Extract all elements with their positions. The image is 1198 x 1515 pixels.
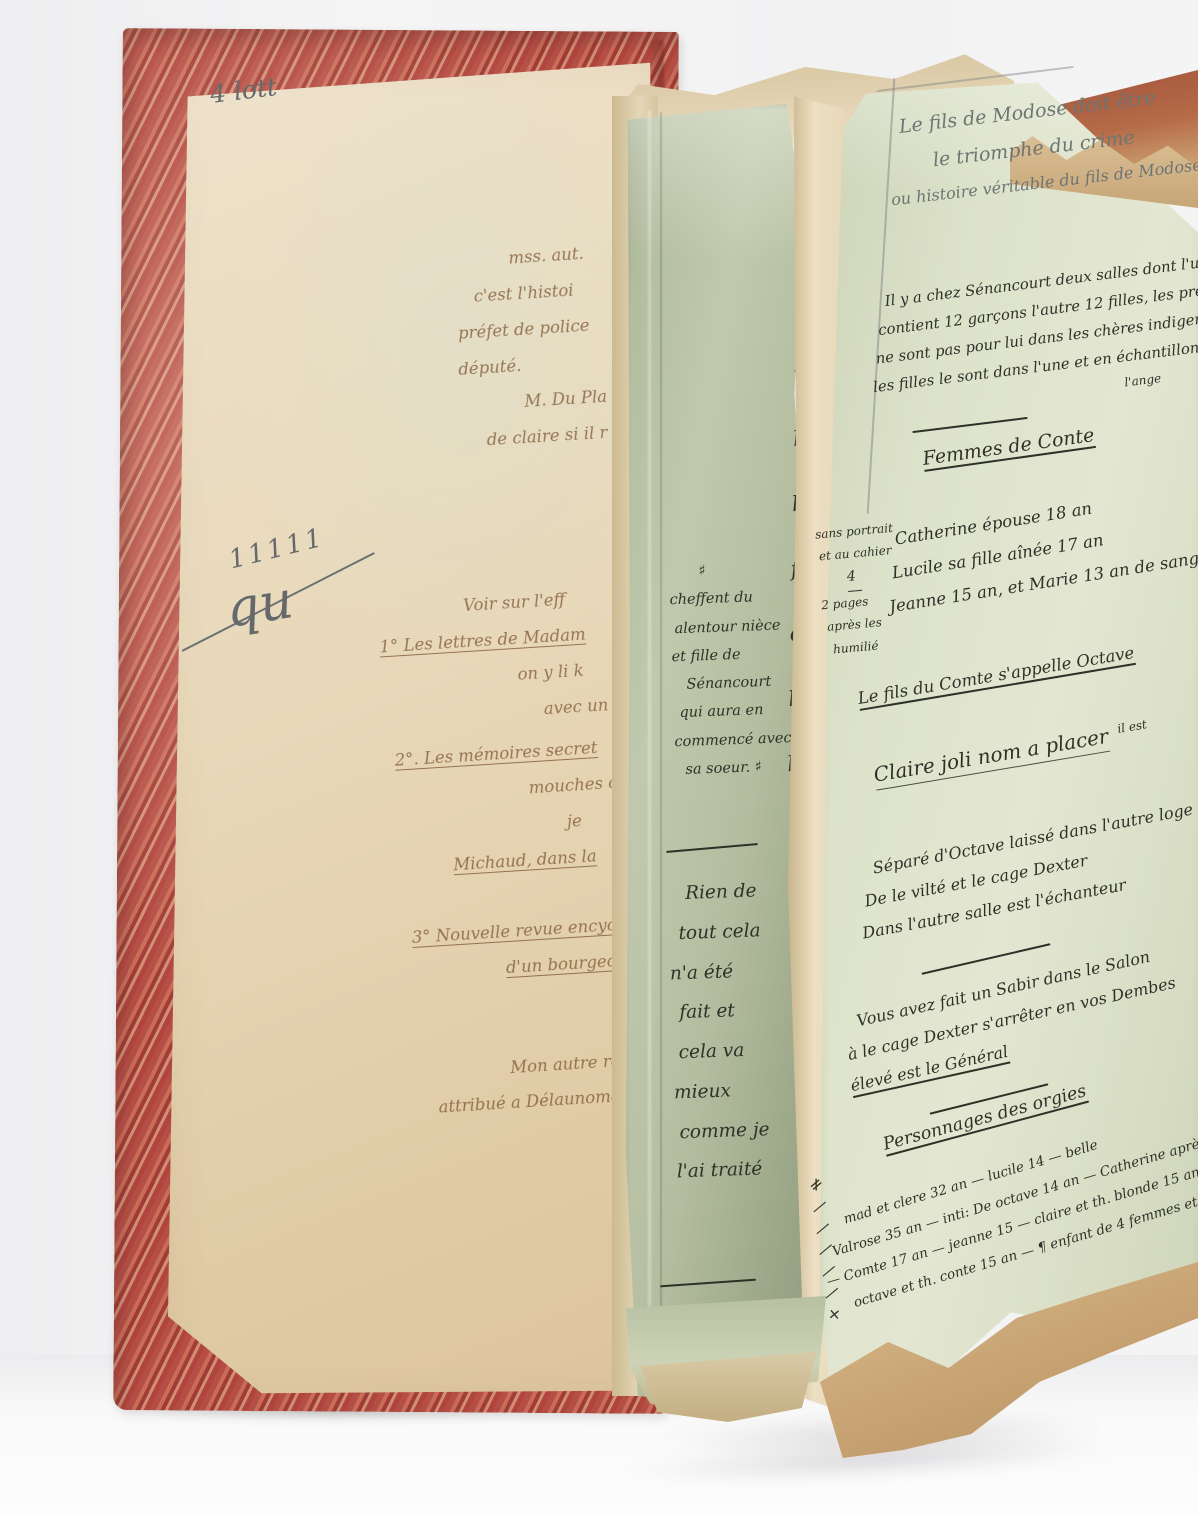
- separation-paragraph: Séparé d'Octave laissé dans l'autre loge…: [854, 794, 1198, 948]
- salon-paragraph: Vous avez fait un Sabir dans le Salonà l…: [838, 937, 1186, 1101]
- handwritten-line: l'ai traité: [676, 1148, 817, 1193]
- handwritten-line: commencé avec: [674, 723, 805, 756]
- handwritten-line: mieux: [673, 1068, 814, 1113]
- handwritten-line: n'a été: [669, 949, 810, 994]
- page-title-pencil: Le fils de Modose doit êtrele triomphe d…: [897, 76, 1198, 214]
- handwritten-line: et fille de: [671, 639, 802, 672]
- strip-fold-highlight: [648, 110, 651, 1400]
- handwritten-line: cheffent du: [669, 582, 800, 615]
- photograph-of-open-manuscript: mss. aut.c'est l'histoipréfet de policed…: [0, 0, 1198, 1515]
- claire-superscript-note: il est: [1116, 717, 1147, 736]
- right-page-text-layer: Le fils de Modose doit êtrele triomphe d…: [816, 52, 1198, 1440]
- pencil-qu-annotation: qu: [222, 570, 297, 640]
- margin-note-line: 4: [846, 564, 862, 592]
- strip-fold-shadow: [660, 112, 662, 1398]
- handwritten-line: comme je: [679, 1108, 816, 1152]
- handwritten-line: Sénancourt: [686, 667, 803, 699]
- women-list: Catherine épouse 18 anLucile sa fille aî…: [880, 468, 1198, 622]
- handwritten-line: cela va: [678, 1029, 813, 1073]
- handwritten-line: alentour nièce: [674, 610, 801, 643]
- orgies-character-list: mad et clere 32 an — lucile 14 — belleVa…: [815, 1090, 1198, 1321]
- margin-note: sans portraitet au cahier42 pagesaprès l…: [814, 517, 904, 661]
- strip-upper-note: ♯cheffent dualentour nièceet fille deSén…: [668, 554, 806, 785]
- handwritten-line: qui aura en: [679, 695, 804, 728]
- ink-rule: [912, 417, 1027, 433]
- pencil-top-line: [877, 66, 1074, 92]
- claire-line: Claire joli nom a placer il est: [872, 717, 1150, 786]
- claire-text: Claire joli nom a placer: [872, 724, 1111, 791]
- handwritten-line: ♯: [698, 554, 799, 586]
- heading-femmes: Femmes de Conte: [921, 424, 1095, 470]
- opening-paragraph: Il y a chez Sénancourt deux salles dont …: [873, 240, 1198, 424]
